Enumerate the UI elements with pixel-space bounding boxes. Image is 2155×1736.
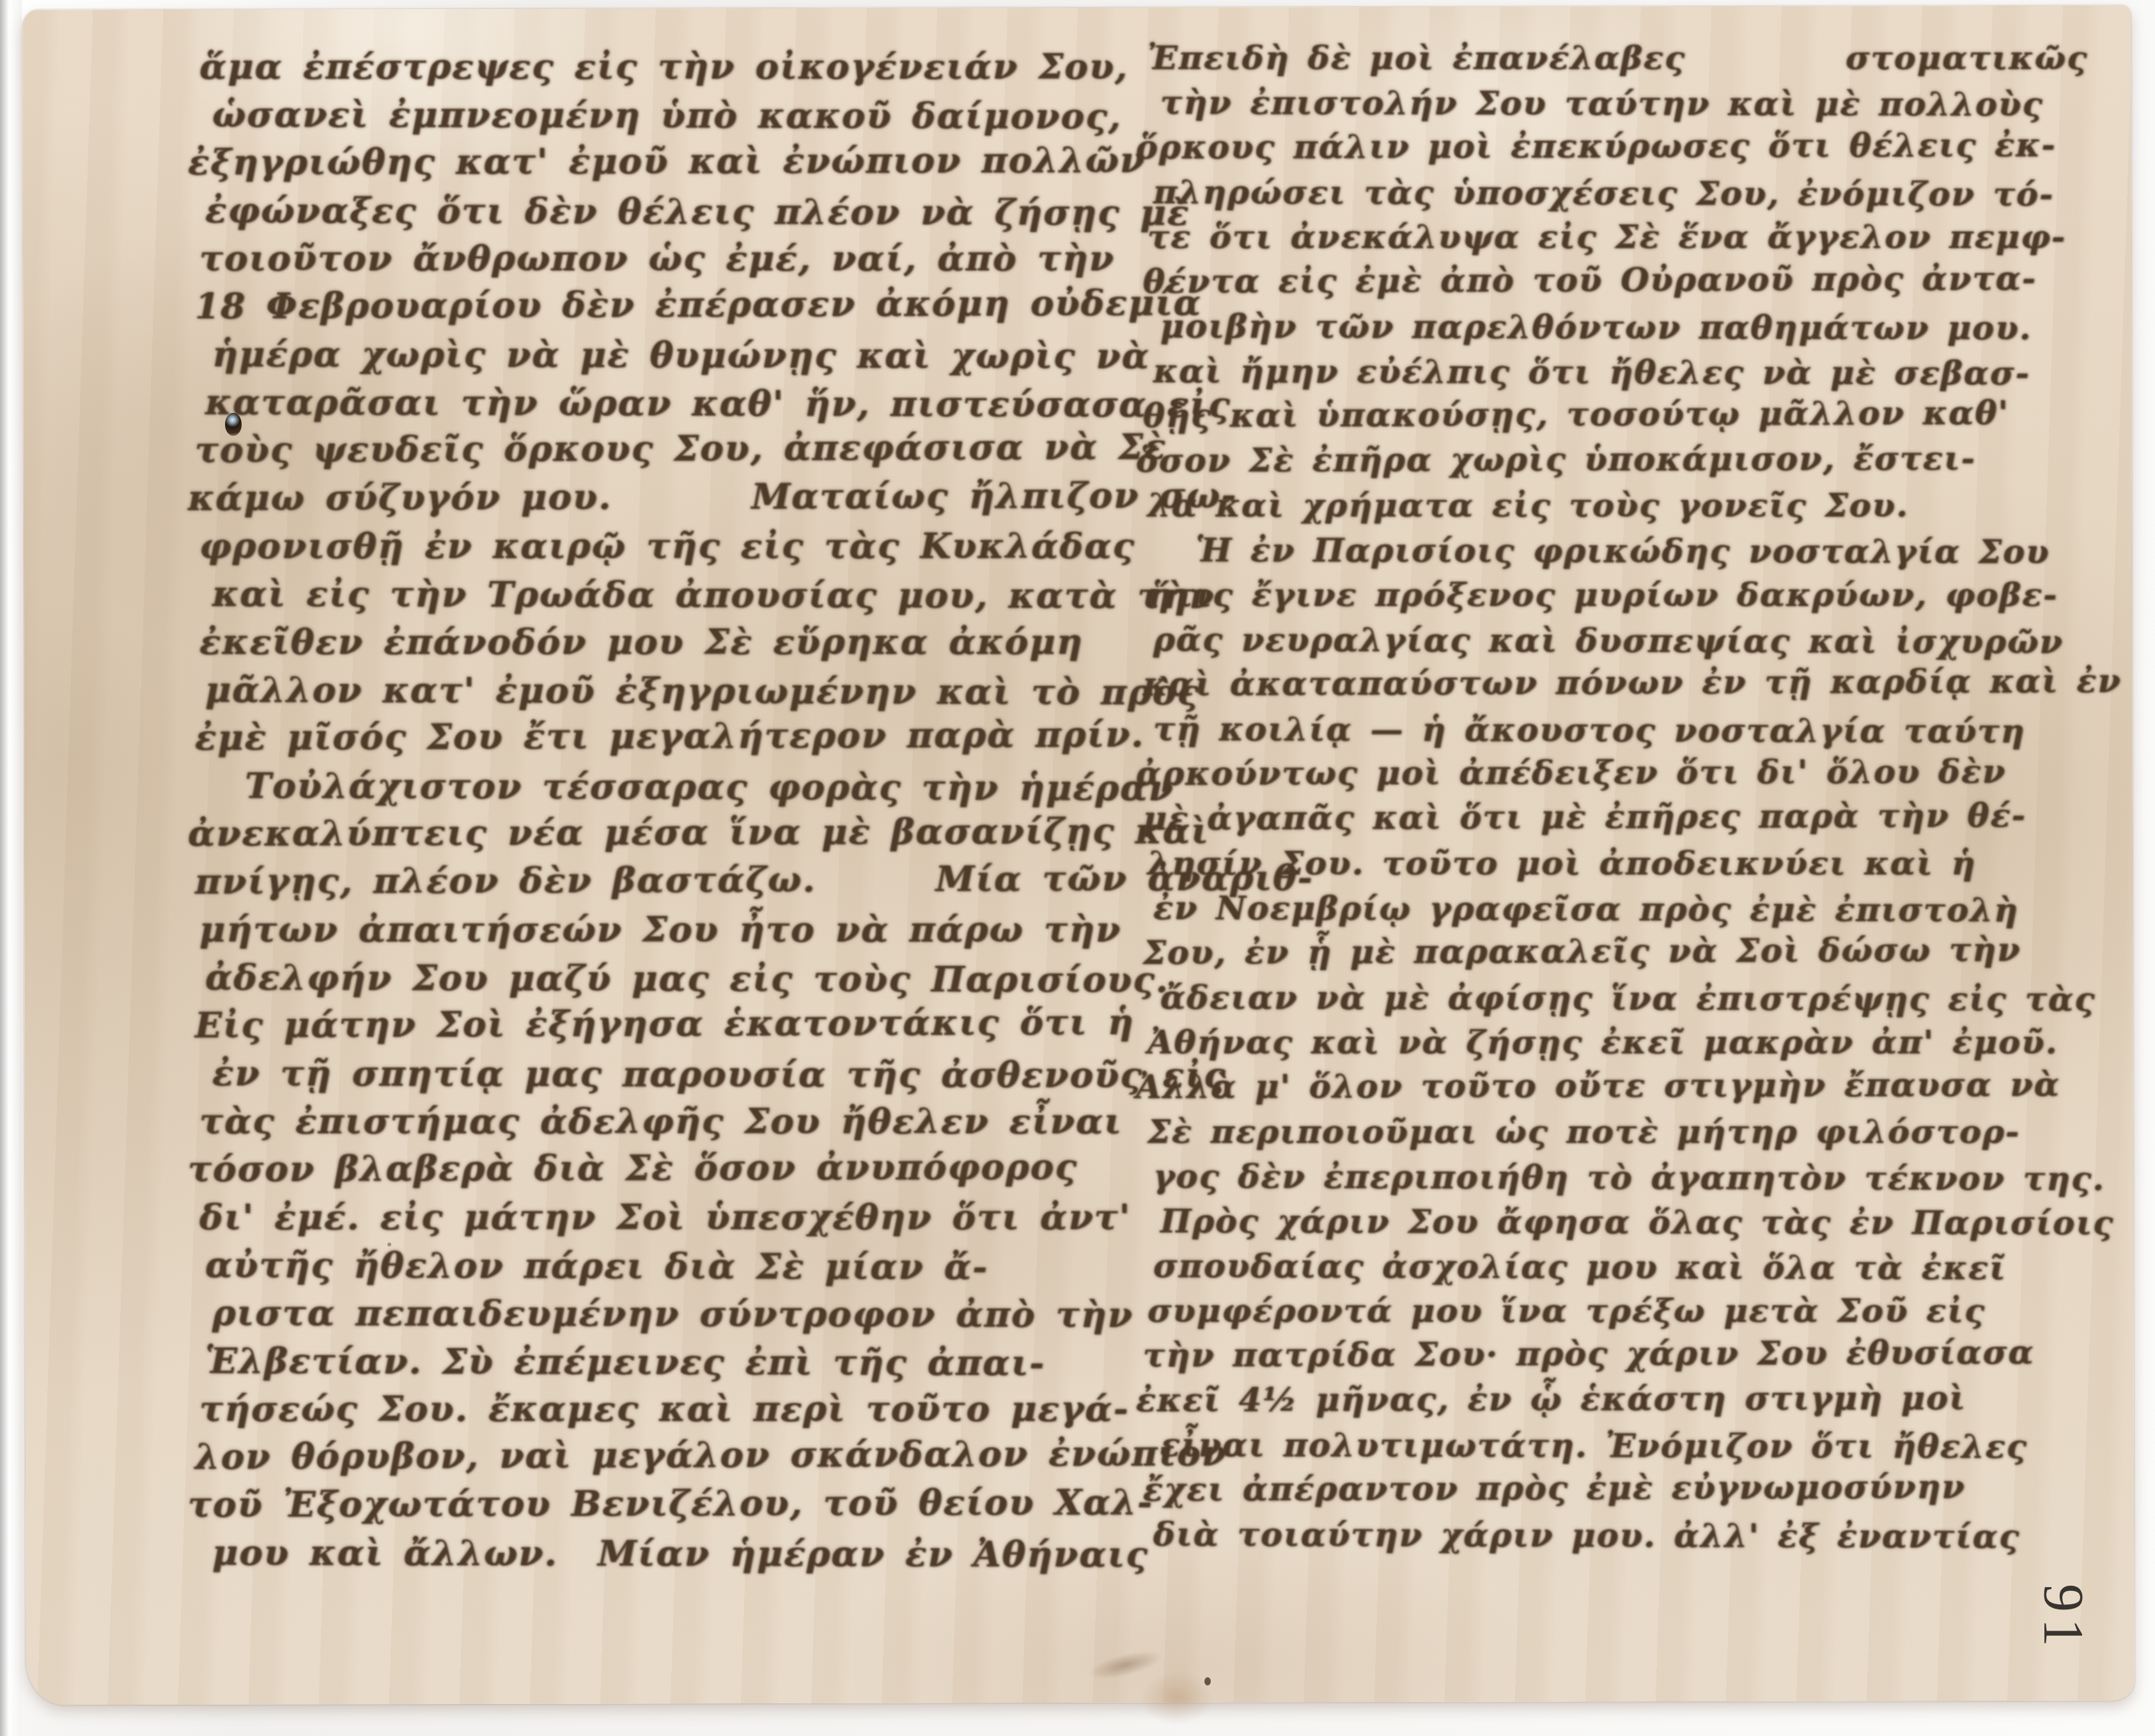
- manuscript-line: Σου, ἐν ᾗ μὲ παρακαλεῖς νὰ Σοὶ δώσω τὴν: [1143, 927, 2147, 975]
- manuscript-line: μου καὶ ἄλλων. Μίαν ἡμέραν ἐν Ἀθήναις: [212, 1528, 1171, 1578]
- manuscript-line: λησίν Σου. τοῦτο μοὶ ἀποδεικνύει καὶ ἡ: [1148, 841, 2151, 886]
- manuscript-line: σπουδαίας ἀσχολίας μου καὶ ὅλα τὰ ἐκεῖ: [1153, 1244, 2155, 1291]
- manuscript-line: ἐκεῖ 4½ μῆνας, ἐν ᾧ ἑκάστη στιγμὴ μοὶ: [1136, 1376, 2140, 1423]
- manuscript-line: Πρὸς χάριν Σου ἄφησα ὅλας τὰς ἐν Παρισίο…: [1160, 1199, 2155, 1246]
- manuscript-line: τήσεώς Σου. ἔκαμες καὶ περὶ τοῦτο μεγά-: [199, 1384, 1158, 1432]
- ink-blot: [225, 413, 242, 436]
- manuscript-left-column: ἅμα ἐπέστρεψες εἰς τὴν οἰκογένειάν Σου,ὡ…: [199, 42, 1158, 1576]
- manuscript-line: τὰς ἐπιστήμας ἀδελφῆς Σου ἤθελεν εἶναι: [199, 1097, 1158, 1145]
- page-number-stamp: 91: [2012, 1567, 2115, 1670]
- manuscript-line: ἀνεκαλύπτεις νέα μέσα ἵνα μὲ βασανίζῃς κ…: [188, 807, 1147, 857]
- manuscript-line: τῇ κοιλίᾳ — ἡ ἄκουστος νοσταλγία ταύτη: [1153, 707, 2155, 754]
- manuscript-line: Εἰς μάτην Σοὶ ἐξήγησα ἑκατοντάκις ὅτι ἡ: [195, 998, 1154, 1049]
- manuscript-line: καὶ ἀκαταπαύστων πόνων ἐν τῇ καρδίᾳ καὶ …: [1143, 659, 2147, 707]
- manuscript-line: ἐν Νοεμβρίῳ γραφεῖσα πρὸς ἐμὲ ἐπιστολὴ: [1153, 886, 2155, 933]
- paper-stain: [1142, 1672, 1212, 1724]
- manuscript-line: λον θόρυβον, ναὶ μεγάλον σκάνδαλον ἐνώπι…: [195, 1429, 1154, 1480]
- manuscript-line: ἐφώναξες ὅτι δὲν θέλεις πλέον νὰ ζήσῃς μ…: [205, 186, 1164, 236]
- manuscript-line: ριστα πεπαιδευμένην σύντροφον ἀπὸ τὴν: [212, 1289, 1171, 1338]
- manuscript-line: τοιοῦτον ἄνθρωπον ὡς ἐμέ, ναί, ἀπὸ τὴν: [199, 234, 1158, 282]
- manuscript-line: ἡμέρα χωρὶς νὰ μὲ θυμώνῃς καὶ χωρὶς νὰ: [212, 330, 1171, 380]
- manuscript-line: δι' ἐμέ. εἰς μάτην Σοὶ ὑπεσχέθην ὅτι ἀντ…: [199, 1193, 1158, 1241]
- manuscript-line: εἶναι πολυτιμωτάτη. Ἐνόμιζον ὅτι ἤθελες: [1160, 1423, 2155, 1469]
- manuscript-line: καταρᾶσαι τὴν ὥραν καθ' ἥν, πιστεύσασα ε…: [205, 378, 1164, 428]
- manuscript-line: διὰ τοιαύτην χάριν μου. ἀλλ' ἐξ ἐναντίας: [1153, 1512, 2155, 1560]
- manuscript-line: μᾶλλον κατ' ἐμοῦ ἐξηγριωμένην καὶ τὸ πρὸ…: [205, 665, 1164, 716]
- manuscript-line: μήτων ἀπαιτήσεών Σου ἦτο νὰ πάρω τὴν: [199, 905, 1158, 953]
- manuscript-line: ἐν τῇ σπητίᾳ μας παρουσία τῆς ἀσθενοῦς ε…: [212, 1049, 1171, 1099]
- manuscript-line: αὐτῆς ἤθελον πάρει διὰ Σὲ μίαν ἄ-: [205, 1241, 1164, 1291]
- manuscript-line: Ἀλλὰ μ' ὅλον τοῦτο οὔτε στιγμὴν ἔπαυσα ν…: [1136, 1062, 2140, 1110]
- manuscript-line: Ἡ ἐν Παρισίοις φρικώδης νοσταλγία Σου: [1160, 528, 2155, 575]
- manuscript-line: λα καὶ χρήματα εἰς τοὺς γονεῖς Σου.: [1148, 483, 2151, 528]
- scanner-edge-shadow: [0, 0, 22, 1736]
- manuscript-line: τόσον βλαβερὰ διὰ Σὲ ὅσον ἀνυπόφορος: [188, 1142, 1147, 1193]
- manuscript-line: ρᾶς νευραλγίας καὶ δυσπεψίας καὶ ἰσχυρῶν: [1153, 617, 2155, 665]
- manuscript-right-column: Ἐπειδὴ δὲ μοὶ ἐπανέλαβες στοματικῶςτὴν ἐ…: [1148, 36, 2151, 1557]
- manuscript-line: καὶ εἰς τὴν Τρωάδα ἀπουσίας μου, κατὰ τὴ…: [212, 570, 1171, 619]
- manuscript-line: ὅρκους πάλιν μοὶ ἐπεκύρωσες ὅτι θέλεις ἐ…: [1136, 123, 2140, 170]
- manuscript-line: καὶ ἤμην εὐέλπις ὅτι ἤθελες νὰ μὲ σεβασ-: [1153, 349, 2155, 396]
- manuscript-line: ἔχει ἀπέραντον πρὸς ἐμὲ εὐγνωμοσύνην: [1143, 1464, 2147, 1512]
- manuscript-line: κάμω σύζυγόν μου. Ματαίως ἤλπιζον σω-: [188, 471, 1147, 522]
- manuscript-line: φρονισθῇ ἐν καιρῷ τῆς εἰς τὰς Κυκλάδας: [199, 522, 1158, 570]
- manuscript-line: τοῦ Ἐξοχωτάτου Βενιζέλου, τοῦ θείου Χαλ-: [188, 1478, 1147, 1528]
- manuscript-line: ἐμὲ μῖσός Σου ἔτι μεγαλήτερον παρὰ πρίν.: [195, 710, 1154, 761]
- manuscript-line: Ἀθήνας καὶ νὰ ζήσῃς ἐκεῖ μακρὰν ἀπ' ἐμοῦ…: [1148, 1020, 2151, 1065]
- manuscript-line: τὴν ἐπιστολήν Σου ταύτην καὶ μὲ πολλοὺς: [1160, 81, 2155, 127]
- manuscript-line: Τοὐλάχιστον τέσσαρας φορὰς τὴν ἡμέραν: [205, 761, 1164, 812]
- manuscript-line: ἄδειαν νὰ μὲ ἀφίσῃς ἵνα ἐπιστρέψῃς εἰς τ…: [1160, 975, 2155, 1022]
- manuscript-line: τοὺς ψευδεῖς ὅρκους Σου, ἀπεφάσισα νὰ Σὲ: [195, 422, 1154, 474]
- manuscript-line: πνίγῃς, πλέον δὲν βαστάζω. Μία τῶν ἀναρι…: [195, 854, 1154, 905]
- manuscript-line: Ἑλβετίαν. Σὺ ἐπέμεινες ἐπὶ τῆς ἀπαι-: [205, 1337, 1164, 1387]
- manuscript-line: θέντα εἰς ἐμὲ ἀπὸ τοῦ Οὐρανοῦ πρὸς ἀντα-: [1143, 256, 2147, 304]
- paper-fleck: [387, 1243, 391, 1246]
- manuscript-line: θῇς καὶ ὑπακούσῃς, τοσούτῳ μᾶλλον καθ': [1143, 391, 2147, 438]
- manuscript-line: ὅσον Σὲ ἐπῆρα χωρὶς ὑποκάμισον, ἔστει-: [1136, 436, 2140, 483]
- manuscript-line: μὲ ἀγαπᾶς καὶ ὅτι μὲ ἐπῆρες παρὰ τὴν θέ-: [1143, 793, 2147, 841]
- manuscript-line: πληρώσει τὰς ὑποσχέσεις Σου, ἐνόμιζον τό…: [1153, 170, 2155, 217]
- manuscript-line: ἅμα ἐπέστρεψες εἰς τὴν οἰκογένειάν Σου,: [199, 42, 1158, 90]
- manuscript-line: ἐξηγριώθης κατ' ἐμοῦ καὶ ἐνώπιον πολλῶν: [188, 136, 1147, 186]
- manuscript-line: μοιβὴν τῶν παρελθόντων παθημάτων μου.: [1160, 304, 2155, 351]
- manuscript-line: Σὲ περιποιοῦμαι ὡς ποτὲ μήτηρ φιλόστορ-: [1148, 1110, 2151, 1154]
- manuscript-line: γος δὲν ἐπεριποιήθη τὸ ἀγαπητὸν τέκνον τ…: [1153, 1154, 2155, 1202]
- manuscript-line: Ἐπειδὴ δὲ μοὶ ἐπανέλαβες στοματικῶς: [1148, 36, 2151, 81]
- manuscript-line: 18 Φεβρουαρίου δὲν ἐπέρασεν ἀκόμη οὐδεμί…: [195, 279, 1154, 330]
- manuscript-line: ἐκεῖθεν ἐπάνοδόν μου Σὲ εὕρηκα ἀκόμη: [199, 617, 1158, 665]
- manuscript-line: τὴν πατρίδα Σου· πρὸς χάριν Σου ἐθυσίασα: [1143, 1330, 2147, 1378]
- manuscript-line: συμφέροντά μου ἵνα τρέξω μετὰ Σοῦ εἰς: [1148, 1289, 2151, 1333]
- manuscript-line: ὡσανεὶ ἐμπνεομένη ὑπὸ κακοῦ δαίμονος,: [212, 90, 1171, 140]
- manuscript-line: ἀδελφήν Σου μαζύ μας εἰς τοὺς Παρισίους.: [205, 953, 1164, 1004]
- manuscript-line: τε ὅτι ἀνεκάλυψα εἰς Σὲ ἕνα ἄγγελον πεμφ…: [1148, 215, 2151, 260]
- manuscript-line: ἥτις ἔγινε πρόξενος μυρίων δακρύων, φοβε…: [1148, 573, 2151, 617]
- manuscript-line: ἀρκούντως μοὶ ἀπέδειξεν ὅτι δι' ὅλου δὲν: [1136, 749, 2140, 796]
